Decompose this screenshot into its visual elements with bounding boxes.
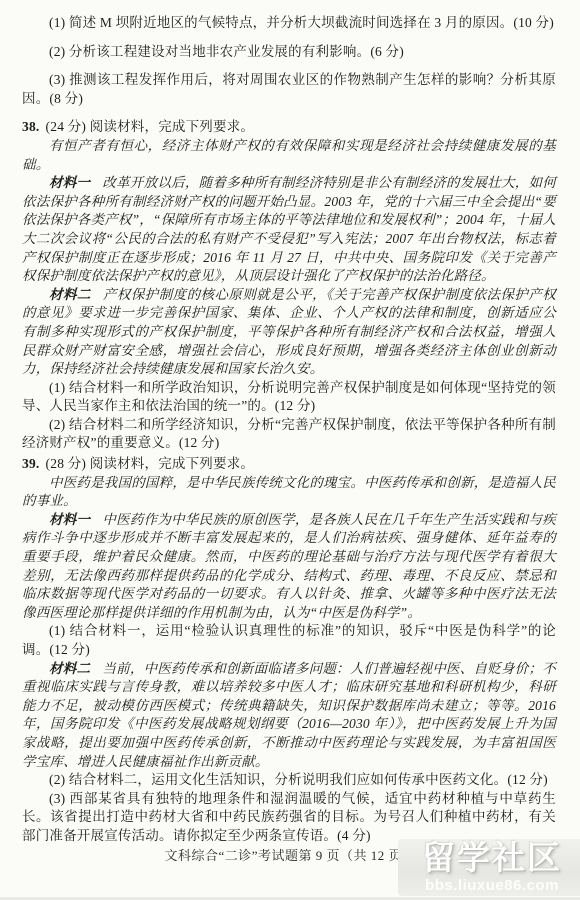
watermark-logo: 留学社区 bbs.liuxue86.com <box>398 839 580 896</box>
question-39: 39.(28 分) 阅读材料，完成下列要求。 中医药是我国的国粹，是中华民族传统… <box>22 455 556 845</box>
question-38-sub-1: (1) 结合材料一和所学政治知识，分析说明完善产权保护制度是如何体现“坚持党的领… <box>22 379 556 416</box>
question-38-number: 38. <box>22 119 39 134</box>
material-2-label: 材料二 <box>49 661 90 676</box>
question-38-heading: 38.(24 分) 阅读材料，完成下列要求。 <box>22 118 556 137</box>
material-1-label: 材料一 <box>49 512 90 527</box>
question-38-material-1: 材料一改革开放以后，随着多种所有制经济特别是非公有制经济的发展壮大，如何依法保护… <box>22 174 556 286</box>
question-39-sub-2: (2) 结合材料二，运用文化生活知识，分析说明我们应如何传承中医药文化。(12 … <box>22 771 556 790</box>
question-39-number: 39. <box>22 456 39 471</box>
prev-question-sub-3: (3) 推测该工程发挥作用后，将对周围农业区的作物熟制产生怎样的影响？分析其原因… <box>22 71 556 108</box>
material-1-text: 中医药作为中华民族的原创医学，是各族人民在几千年生产生活实践和与疾病作斗争中逐步… <box>22 512 556 620</box>
question-39-material-2: 材料二当前，中医药传承和创新面临诸多问题：人们普遍轻视中医、自贬身价；不重视临床… <box>22 660 556 772</box>
question-38-sub-2: (2) 结合材料二和所学经济知识，分析“完善产权保护制度，依法平等保护各种所有制… <box>22 416 556 453</box>
material-1-label: 材料一 <box>49 175 90 190</box>
material-2-label: 材料二 <box>49 287 91 302</box>
question-39-sub-3: (3) 西部某省具有独特的地理条件和湿润温暖的气候，适宜中药材种植与中草药生长。… <box>22 790 556 846</box>
exam-paper-page: (1) 简述 M 坝附近地区的气候特点，并分析大坝截流时间选择在 3 月的原因。… <box>0 0 580 900</box>
question-39-sub-1: (1) 结合材料一，运用“检验认识真理性的标准”的知识，驳斥“中医是伪科学”的论… <box>22 622 556 659</box>
material-2-text: 当前，中医药传承和创新面临诸多问题：人们普遍轻视中医、自贬身价；不重视临床实践与… <box>22 661 556 769</box>
question-39-intro: 中医药是我国的国粹，是中华民族传统文化的瑰宝。中医药传承和创新，是造福人民的事业… <box>22 474 556 511</box>
question-38-header-text: (24 分) 阅读材料，完成下列要求。 <box>46 119 255 134</box>
watermark-site-name: 留学社区 <box>408 843 576 876</box>
question-39-heading: 39.(28 分) 阅读材料，完成下列要求。 <box>22 455 556 474</box>
question-39-material-1: 材料一中医药作为中华民族的原创医学，是各族人民在几千年生产生活实践和与疾病作斗争… <box>22 511 556 623</box>
watermark-site-url: bbs.liuxue86.com <box>408 878 576 893</box>
question-39-header-text: (28 分) 阅读材料，完成下列要求。 <box>46 456 255 471</box>
material-1-text: 改革开放以后，随着多种所有制经济特别是非公有制经济的发展壮大，如何依法保护各种所… <box>22 175 556 283</box>
page-content: (1) 简述 M 坝附近地区的气候特点，并分析大坝截流时间选择在 3 月的原因。… <box>0 0 580 846</box>
prev-question-sub-1: (1) 简述 M 坝附近地区的气候特点，并分析大坝截流时间选择在 3 月的原因。… <box>22 14 556 33</box>
material-2-text: 产权保护制度的核心原则就是公平，《关于完善产权保护制度依法保护产权的意见》要求进… <box>22 287 556 376</box>
question-38-material-2: 材料二产权保护制度的核心原则就是公平，《关于完善产权保护制度依法保护产权的意见》… <box>22 286 556 379</box>
question-38: 38.(24 分) 阅读材料，完成下列要求。 有恒产者有恒心，经济主体财产权的有… <box>22 118 556 453</box>
question-38-intro: 有恒产者有恒心，经济主体财产权的有效保障和实现是经济社会持续健康发展的基础。 <box>22 137 556 174</box>
prev-question-sub-2: (2) 分析该工程建设对当地非农产业发展的有利影响。(6 分) <box>22 43 556 62</box>
